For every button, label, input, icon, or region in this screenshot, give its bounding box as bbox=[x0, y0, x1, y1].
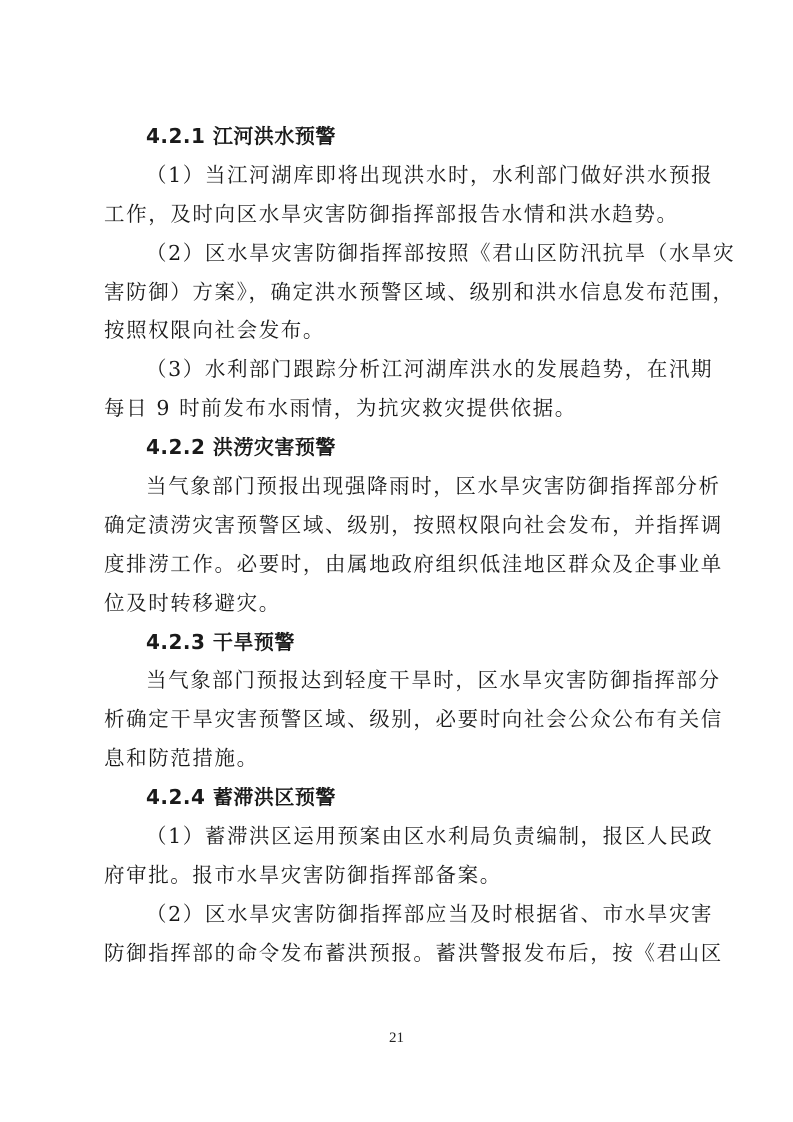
paragraph-line: （1）蓄滞洪区运用预案由区水利局负责编制，报区人民政 bbox=[104, 817, 696, 856]
section-heading-4-2-4: 4.2.4 蓄滞洪区预警 bbox=[104, 778, 696, 817]
section-heading-4-2-1: 4.2.1 江河洪水预警 bbox=[104, 117, 696, 156]
paragraph-line: 确定渍涝灾害预警区域、级别，按照权限向社会发布，并指挥调 bbox=[104, 506, 696, 545]
paragraph-line: 当气象部门预报出现强降雨时，区水旱灾害防御指挥部分析 bbox=[104, 467, 696, 506]
paragraph-line: 息和防范措施。 bbox=[104, 739, 696, 778]
paragraph-line: 按照权限向社会发布。 bbox=[104, 311, 696, 350]
paragraph-line: （3）水利部门跟踪分析江河湖库洪水的发展趋势，在汛期 bbox=[104, 350, 696, 389]
paragraph-line: 每日 9 时前发布水雨情，为抗灾救灾提供依据。 bbox=[104, 389, 696, 428]
paragraph-line: （1）当江河湖库即将出现洪水时，水利部门做好洪水预报 bbox=[104, 156, 696, 195]
paragraph-line: 工作，及时向区水旱灾害防御指挥部报告水情和洪水趋势。 bbox=[104, 195, 696, 234]
paragraph-line: 当气象部门预报达到轻度干旱时，区水旱灾害防御指挥部分 bbox=[104, 661, 696, 700]
page-number: 21 bbox=[0, 1030, 793, 1047]
paragraph-line: 析确定干旱灾害预警区域、级别，必要时向社会公众公布有关信 bbox=[104, 700, 696, 739]
section-heading-4-2-3: 4.2.3 干旱预警 bbox=[104, 623, 696, 662]
paragraph-line: （2）区水旱灾害防御指挥部应当及时根据省、市水旱灾害 bbox=[104, 895, 696, 934]
paragraph-line: 度排涝工作。必要时，由属地政府组织低洼地区群众及企事业单 bbox=[104, 545, 696, 584]
document-page: 4.2.1 江河洪水预警 （1）当江河湖库即将出现洪水时，水利部门做好洪水预报 … bbox=[104, 117, 696, 973]
paragraph-line: 害防御）方案》，确定洪水预警区域、级别和洪水信息发布范围， bbox=[104, 273, 696, 312]
section-heading-4-2-2: 4.2.2 洪涝灾害预警 bbox=[104, 428, 696, 467]
paragraph-line: （2）区水旱灾害防御指挥部按照《君山区防汛抗旱（水旱灾 bbox=[104, 234, 696, 273]
paragraph-line: 位及时转移避灾。 bbox=[104, 584, 696, 623]
paragraph-line: 防御指挥部的命令发布蓄洪预报。蓄洪警报发布后，按《君山区 bbox=[104, 934, 696, 973]
paragraph-line: 府审批。报市水旱灾害防御指挥部备案。 bbox=[104, 856, 696, 895]
